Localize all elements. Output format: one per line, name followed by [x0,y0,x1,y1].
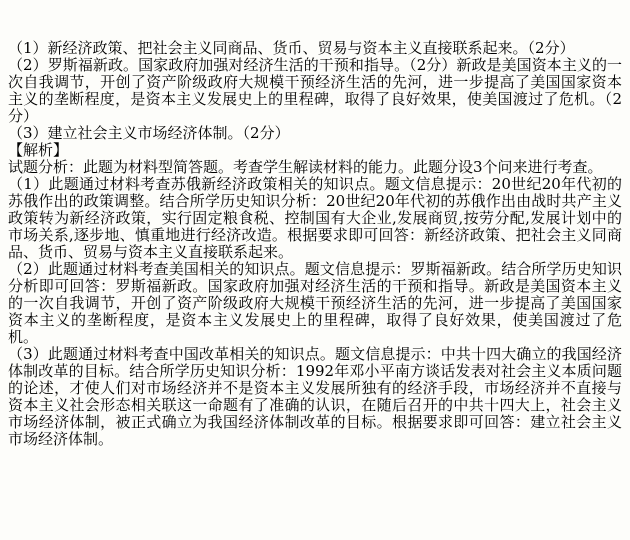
analysis-intro-line: 试题分析：此题为材料型简答题。考查学生解读材料的能力。此题分设3个问来进行考查。 [8,159,622,176]
analysis-paragraph-1: （1）此题通过材料考查苏俄新经济政策相关的知识点。题文信息提示：20世纪20年代… [8,176,622,261]
answer-paragraph-3: （3）建立社会主义市场经济体制。（2分） [8,125,622,142]
analysis-paragraph-3: （3）此题通过材料考查中国改革相关的知识点。题文信息提示：中共十四大确立的我国经… [8,346,622,448]
exam-answer-document: （1）新经济政策、把社会主义同商品、货币、贸易与资本主义直接联系起来。（2分） … [0,0,630,448]
answer-paragraph-2: （2）罗斯福新政。国家政府加强对经济生活的干预和指导。（2分）新政是美国资本主义… [8,57,622,125]
answer-paragraph-1: （1）新经济政策、把社会主义同商品、货币、贸易与资本主义直接联系起来。（2分） [8,40,622,57]
analysis-paragraph-2: （2）此题通过材料考查美国相关的知识点。题文信息提示：罗斯福新政。结合所学历史知… [8,261,622,346]
analysis-section-header: 【解析】 [8,142,622,159]
